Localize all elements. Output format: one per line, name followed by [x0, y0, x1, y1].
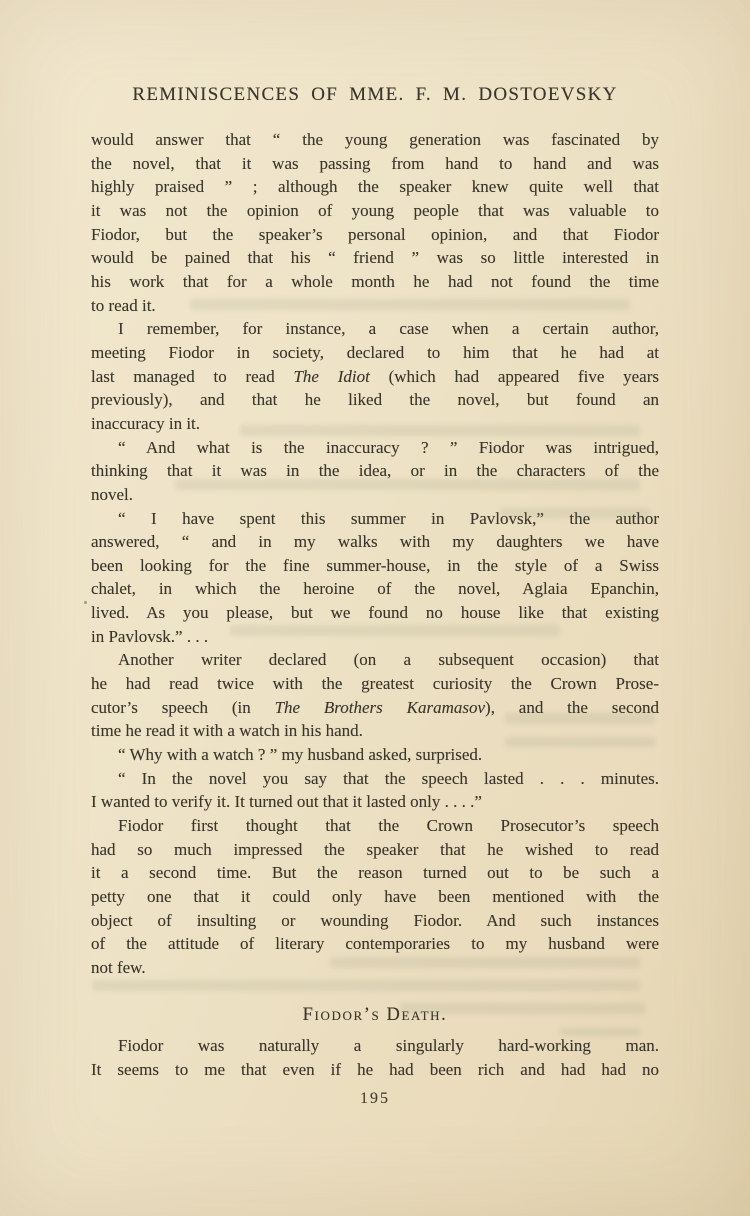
text-line: Another writer declared (on a subsequent…: [91, 648, 659, 672]
text-segment: Fiodor first thought that the Crown Pros…: [118, 816, 659, 835]
text-segment: would answer that “ the young generation…: [91, 130, 659, 149]
text-line: “ Why with a watch ? ” my husband asked,…: [91, 743, 659, 767]
paragraph: I remember, for instance, a case when a …: [91, 317, 659, 435]
text-segment: lived. As you please, but we found no ho…: [91, 603, 659, 622]
text-line: would answer that “ the young generation…: [91, 128, 659, 152]
text-line: Fiodor was naturally a singularly hard-w…: [91, 1034, 659, 1058]
paragraph: “ Why with a watch ? ” my husband asked,…: [91, 743, 659, 767]
text-line: the novel, that it was passing from hand…: [91, 152, 659, 176]
text-line: meeting Fiodor in society, declared to h…: [91, 341, 659, 365]
text-line: to read it.: [91, 294, 659, 318]
text-segment: he had read twice with the greatest curi…: [91, 674, 659, 693]
book-title-italic: The Idiot: [293, 367, 369, 386]
text-line: Fiodor, but the speaker’s personal opini…: [91, 223, 659, 247]
text-segment: in Pavlovsk.” . . .: [91, 627, 208, 646]
text-segment: meeting Fiodor in society, declared to h…: [91, 343, 659, 362]
text-line: time he read it with a watch in his hand…: [91, 719, 659, 743]
text-line: “ In the novel you say that the speech l…: [91, 767, 659, 791]
text-segment: last managed to read: [91, 367, 293, 386]
text-segment: been looking for the fine summer-house, …: [91, 556, 659, 575]
paragraph: would answer that “ the young generation…: [91, 128, 659, 317]
paragraph: Another writer declared (on a subsequent…: [91, 648, 659, 743]
text-line: cutor’s speech (in The Brothers Karamaso…: [91, 696, 659, 720]
text-segment: highly praised ” ; although the speaker …: [91, 177, 659, 196]
paragraph: Fiodor first thought that the Crown Pros…: [91, 814, 659, 980]
running-header: REMINISCENCES OF MME. F. M. DOSTOEVSKY: [0, 84, 750, 106]
text-line: inaccuracy in it.: [91, 412, 659, 436]
text-line: had so much impressed the speaker that h…: [91, 838, 659, 862]
text-segment: it was not the opinion of young people t…: [91, 201, 659, 220]
text-segment: had so much impressed the speaker that h…: [91, 840, 659, 859]
text-segment: answered, “ and in my walks with my daug…: [91, 532, 659, 551]
text-line: It seems to me that even if he had been …: [91, 1058, 659, 1082]
text-line: Fiodor first thought that the Crown Pros…: [91, 814, 659, 838]
page-number: 195: [0, 1090, 750, 1108]
text-segment: (which had appeared five years: [370, 367, 659, 386]
text-segment: “ I have spent this summer in Pavlovsk,”…: [118, 509, 659, 528]
paragraph: Fiodor was naturally a singularly hard-w…: [91, 1034, 659, 1081]
text-segment: not few.: [91, 958, 146, 977]
text-line: been looking for the fine summer-house, …: [91, 554, 659, 578]
text-segment: I remember, for instance, a case when a …: [118, 319, 659, 338]
text-segment: his work that for a whole month he had n…: [91, 272, 659, 291]
text-segment: ), and the second: [485, 698, 659, 717]
text-line: novel.: [91, 483, 659, 507]
text-segment: “ And what is the inaccuracy ? ” Fiodor …: [118, 438, 659, 457]
paragraph: “ In the novel you say that the speech l…: [91, 767, 659, 814]
text-segment: object of insulting or wounding Fiodor. …: [91, 911, 659, 930]
paragraph: “ And what is the inaccuracy ? ” Fiodor …: [91, 436, 659, 507]
text-segment: I wanted to verify it. It turned out tha…: [91, 792, 482, 811]
text-segment: chalet, in which the heroine of the nove…: [91, 579, 659, 598]
text-segment: “ Why with a watch ? ” my husband asked,…: [118, 745, 482, 764]
paragraph: “ I have spent this summer in Pavlovsk,”…: [91, 507, 659, 649]
text-line: thinking that it was in the idea, or in …: [91, 459, 659, 483]
text-line: “ And what is the inaccuracy ? ” Fiodor …: [91, 436, 659, 460]
text-segment: petty one that it could only have been m…: [91, 887, 659, 906]
text-segment: inaccuracy in it.: [91, 414, 200, 433]
text-segment: the novel, that it was passing from hand…: [91, 154, 659, 173]
text-line: object of insulting or wounding Fiodor. …: [91, 909, 659, 933]
text-line: I wanted to verify it. It turned out tha…: [91, 790, 659, 814]
text-segment: “ In the novel you say that the speech l…: [118, 769, 659, 788]
text-segment: Fiodor, but the speaker’s personal opini…: [91, 225, 659, 244]
text-line: his work that for a whole month he had n…: [91, 270, 659, 294]
text-body: would answer that “ the young generation…: [91, 128, 659, 1082]
ink-speck-artifact: [84, 601, 87, 604]
text-line: petty one that it could only have been m…: [91, 885, 659, 909]
text-line: answered, “ and in my walks with my daug…: [91, 530, 659, 554]
text-line: last managed to read The Idiot (which ha…: [91, 365, 659, 389]
section-heading: Fiodor’s Death.: [91, 1004, 659, 1028]
text-line: not few.: [91, 956, 659, 980]
book-page-scan: REMINISCENCES OF MME. F. M. DOSTOEVSKY w…: [0, 0, 750, 1216]
text-line: of the attitude of literary contemporari…: [91, 932, 659, 956]
text-line: he had read twice with the greatest curi…: [91, 672, 659, 696]
text-segment: previously), and that he liked the novel…: [91, 390, 659, 409]
text-line: would be pained that his “ friend ” was …: [91, 246, 659, 270]
text-line: it was not the opinion of young people t…: [91, 199, 659, 223]
text-line: it a second time. But the reason turned …: [91, 861, 659, 885]
text-segment: Fiodor was naturally a singularly hard-w…: [118, 1036, 659, 1055]
text-line: highly praised ” ; although the speaker …: [91, 175, 659, 199]
text-segment: novel.: [91, 485, 133, 504]
text-segment: to read it.: [91, 296, 156, 315]
text-segment: Another writer declared (on a subsequent…: [118, 650, 659, 669]
text-line: chalet, in which the heroine of the nove…: [91, 577, 659, 601]
book-title-italic: The Brothers Karamasov: [275, 698, 485, 717]
text-segment: thinking that it was in the idea, or in …: [91, 461, 659, 480]
text-segment: would be pained that his “ friend ” was …: [91, 248, 659, 267]
text-line: in Pavlovsk.” . . .: [91, 625, 659, 649]
text-line: previously), and that he liked the novel…: [91, 388, 659, 412]
text-segment: of the attitude of literary contemporari…: [91, 934, 659, 953]
text-segment: It seems to me that even if he had been …: [91, 1060, 659, 1079]
text-segment: time he read it with a watch in his hand…: [91, 721, 363, 740]
text-segment: cutor’s speech (in: [91, 698, 275, 717]
text-line: lived. As you please, but we found no ho…: [91, 601, 659, 625]
text-line: I remember, for instance, a case when a …: [91, 317, 659, 341]
text-line: “ I have spent this summer in Pavlovsk,”…: [91, 507, 659, 531]
text-segment: it a second time. But the reason turned …: [91, 863, 659, 882]
